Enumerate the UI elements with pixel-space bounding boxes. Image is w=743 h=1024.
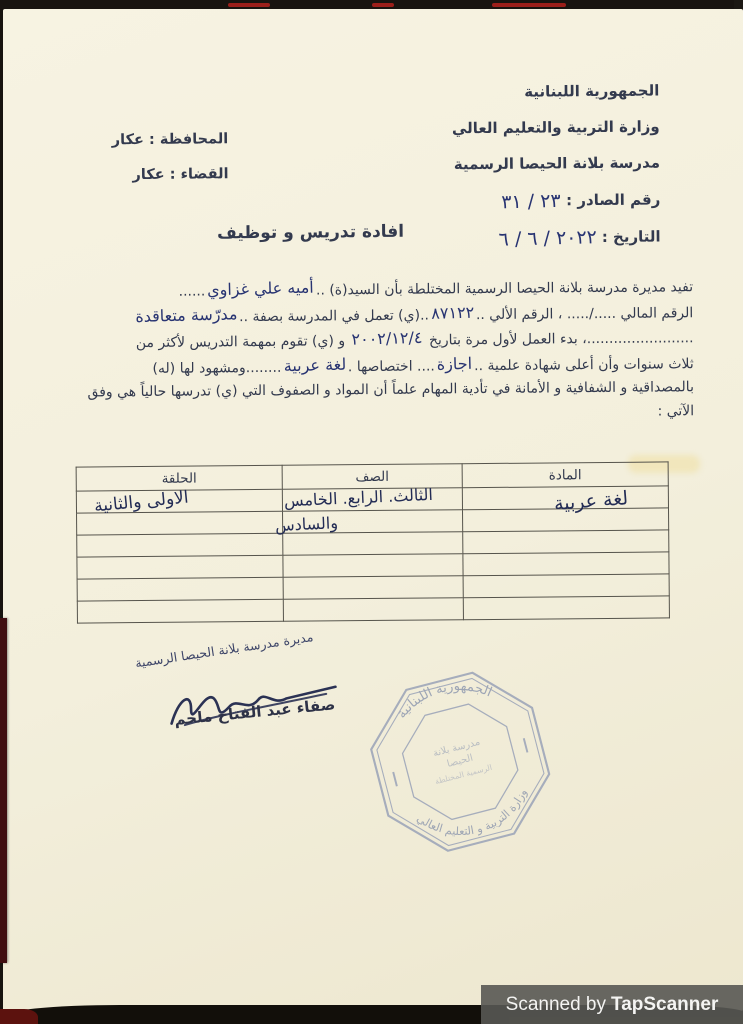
date-label: التاريخ :: [602, 227, 661, 246]
table-cell: [463, 596, 669, 620]
red-fleck: [372, 3, 394, 7]
table-cell: [283, 554, 463, 578]
table-cell: [283, 532, 463, 556]
body-text: ........................، بدء العمل لأول…: [424, 330, 693, 348]
body-text: ثلاث سنوات وأن أعلى شهادة علمية ..: [474, 356, 694, 374]
dotted-leader: ......: [179, 283, 206, 299]
date-line: التاريخ : ٢٠٢٢ / ٦ / ٦: [453, 217, 661, 256]
subjects-table: المادة الصف الحلقة لغة عربية الثالث. الر…: [76, 461, 669, 623]
column-header-grade: الصف: [282, 464, 462, 490]
degree-handwritten: اجازة: [436, 351, 472, 375]
table-cell: [283, 576, 463, 600]
body-text: و (ي) تقوم بمهمة التدريس لأكثر من: [136, 333, 350, 351]
issue-number-handwritten: ٢٣ / ٣١: [501, 183, 561, 221]
specialization-handwritten: لغة عربية: [283, 352, 346, 377]
column-header-cycle: الحلقة: [76, 465, 282, 491]
district-line: القضاء : عكار: [112, 157, 229, 193]
serial-number-handwritten: ٨٧١٢٢: [431, 300, 475, 325]
document-title: افادة تدريس و توظيف: [150, 221, 470, 244]
body-text: ..(ي) تعمل في المدرسة بصفة ..: [239, 307, 429, 325]
body-text: ........ومشهود لها (له): [152, 359, 281, 376]
red-fleck: [228, 3, 270, 7]
table-cell: [283, 598, 463, 622]
tapscanner-watermark: Scanned by TapScanner: [481, 985, 743, 1024]
ministry-line: وزارة التربية والتعليم العالي: [452, 108, 660, 146]
scanned-document-photo: الجمهورية اللبنانية وزارة التربية والتعل…: [0, 0, 743, 1024]
watermark-prefix: Scanned by: [506, 994, 606, 1016]
header-right-block: الجمهورية اللبنانية وزارة التربية والتعل…: [451, 72, 660, 256]
date-handwritten: ٢٠٢٢ / ٦ / ٦: [498, 219, 597, 258]
table-cell: [77, 577, 283, 601]
issue-number-line: رقم الصادر : ٢٣ / ٣١: [452, 180, 660, 219]
body-text: تفيد مديرة مدرسة بلانة الحيصا الرسمية ال…: [316, 279, 693, 298]
table-cell: [463, 574, 669, 598]
body-paragraph: تفيد مديرة مدرسة بلانة الحيصا الرسمية ال…: [43, 274, 694, 429]
issue-number-label: رقم الصادر :: [566, 190, 660, 209]
body-text: .... اختصاصها .: [348, 358, 435, 375]
column-header-subject: المادة: [462, 462, 668, 488]
table-row: [77, 596, 669, 623]
body-text: الرقم المالي ...../..... ، الرقم الألي .…: [476, 305, 694, 323]
table-cell: [77, 533, 283, 557]
table-cell: [77, 599, 283, 623]
scan-corner-blob: [0, 1009, 38, 1024]
republic-line: الجمهورية اللبنانية: [451, 72, 659, 110]
watermark-brand: TapScanner: [611, 994, 718, 1016]
table-cell: [77, 555, 283, 579]
start-date-handwritten: ٢٠٠٢/١٢/٤: [351, 326, 423, 351]
school-line: مدرسة بلانة الحيصا الرسمية: [452, 144, 660, 182]
body-text: الآتي :: [657, 403, 694, 419]
scan-left-edge: [0, 618, 7, 963]
table-cell: [463, 552, 669, 576]
governorate-line: المحافظة : عكار: [112, 122, 229, 158]
subjects-grid: المادة الصف الحلقة: [76, 461, 670, 623]
document-paper: الجمهورية اللبنانية وزارة التربية والتعل…: [3, 9, 743, 1011]
job-title-handwritten: مدرّسة متعاقدة: [135, 302, 238, 328]
body-text: بالمصداقية و الشفافية و الأمانة في تأدية…: [87, 379, 694, 400]
header-left-block: المحافظة : عكار القضاء : عكار: [112, 122, 229, 193]
stamp-center-line3: الرسمية المختلطة: [434, 763, 493, 786]
grades-handwritten-line2: والسادس: [275, 513, 339, 535]
document-content: الجمهورية اللبنانية وزارة التربية والتعل…: [0, 6, 743, 1014]
table-cell: [463, 530, 669, 554]
teacher-name-handwritten: أميه علي غزاوي: [207, 276, 314, 302]
